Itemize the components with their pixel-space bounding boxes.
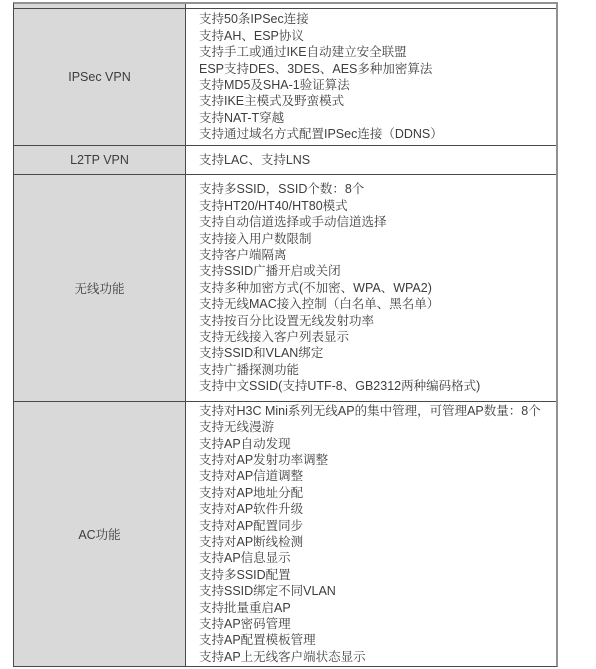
category-cell: IPSec VPN [14,9,186,145]
feature-line: 支持IKE主模式及野蛮模式 [199,93,546,109]
feature-line: 支持50条IPSec连接 [199,11,546,27]
feature-line: 支持多SSID，SSID个数：8个 [199,181,546,197]
feature-line: 支持SSID和VLAN绑定 [199,345,546,361]
feature-line: 支持手工或通过IKE自动建立安全联盟 [199,44,546,60]
feature-line: 支持自动信道选择或手动信道选择 [199,214,546,230]
feature-line: 支持对H3C Mini系列无线AP的集中管理，可管理AP数量：8个 [199,403,546,419]
feature-line: 支持无线漫游 [199,419,546,435]
feature-cell: 支持LAC、支持LNS [186,146,556,174]
feature-line: 支持SSID绑定不同VLAN [199,583,546,599]
feature-line: 支持无线接入客户列表显示 [199,329,546,345]
feature-line: 支持中文SSID(支持UTF-8、GB2312两种编码格式) [199,378,546,394]
feature-line: 支持LAC、支持LNS [199,152,546,168]
feature-line: 支持对AP地址分配 [199,485,546,501]
feature-line: 支持对AP信道调整 [199,468,546,484]
feature-line: 支持AP配置模板管理 [199,632,546,648]
spec-row: AC功能支持对H3C Mini系列无线AP的集中管理，可管理AP数量：8个支持无… [14,401,556,666]
feature-line: 支持AP密码管理 [199,616,546,632]
feature-line: 支持无线MAC接入控制（白名单、黑名单） [199,296,546,312]
feature-cell: 支持多SSID，SSID个数：8个支持HT20/HT40/HT80模式支持自动信… [186,175,556,401]
spec-row-cutoff-top [14,4,556,8]
feature-line: 支持AH、ESP协议 [199,28,546,44]
feature-line: 支持广播探测功能 [199,362,546,378]
feature-line: 支持批量重启AP [199,600,546,616]
feature-line: 支持多SSID配置 [199,567,546,583]
feature-line: 支持通过域名方式配置IPSec连接（DDNS） [199,126,546,142]
feature-line: ESP支持DES、3DES、AES多种加密算法 [199,61,546,77]
feature-cell: 支持50条IPSec连接支持AH、ESP协议支持手工或通过IKE自动建立安全联盟… [186,9,556,145]
spec-row: 无线功能支持多SSID，SSID个数：8个支持HT20/HT40/HT80模式支… [14,174,556,401]
feature-line: 支持接入用户数限制 [199,231,546,247]
feature-line: 支持对AP软件升级 [199,501,546,517]
category-cell: 无线功能 [14,175,186,401]
category-cell [14,4,186,8]
feature-line: 支持对AP发射功率调整 [199,452,546,468]
feature-line: 支持AP信息显示 [199,550,546,566]
category-cell: AC功能 [14,402,186,666]
feature-line: 支持MD5及SHA-1验证算法 [199,77,546,93]
spec-row: IPSec VPN支持50条IPSec连接支持AH、ESP协议支持手工或通过IK… [14,8,556,145]
category-cell: L2TP VPN [14,146,186,174]
spec-row: L2TP VPN支持LAC、支持LNS [14,145,556,174]
feature-cell: 支持对H3C Mini系列无线AP的集中管理，可管理AP数量：8个支持无线漫游支… [186,402,556,666]
feature-line: 支持AP上无线客户端状态显示 [199,649,546,665]
feature-line: 支持按百分比设置无线发射功率 [199,313,546,329]
spec-table: IPSec VPN支持50条IPSec连接支持AH、ESP协议支持手工或通过IK… [13,2,558,667]
feature-line: 支持对AP断线检测 [199,534,546,550]
feature-cell [186,4,556,8]
feature-line: 支持AP自动发现 [199,436,546,452]
feature-line: 支持SSID广播开启或关闭 [199,263,546,279]
feature-line: 支持客户端隔离 [199,247,546,263]
feature-line: 支持对AP配置同步 [199,518,546,534]
feature-line: 支持HT20/HT40/HT80模式 [199,198,546,214]
feature-line: 支持NAT-T穿越 [199,110,546,126]
feature-line: 支持多种加密方式(不加密、WPA、WPA2) [199,280,546,296]
